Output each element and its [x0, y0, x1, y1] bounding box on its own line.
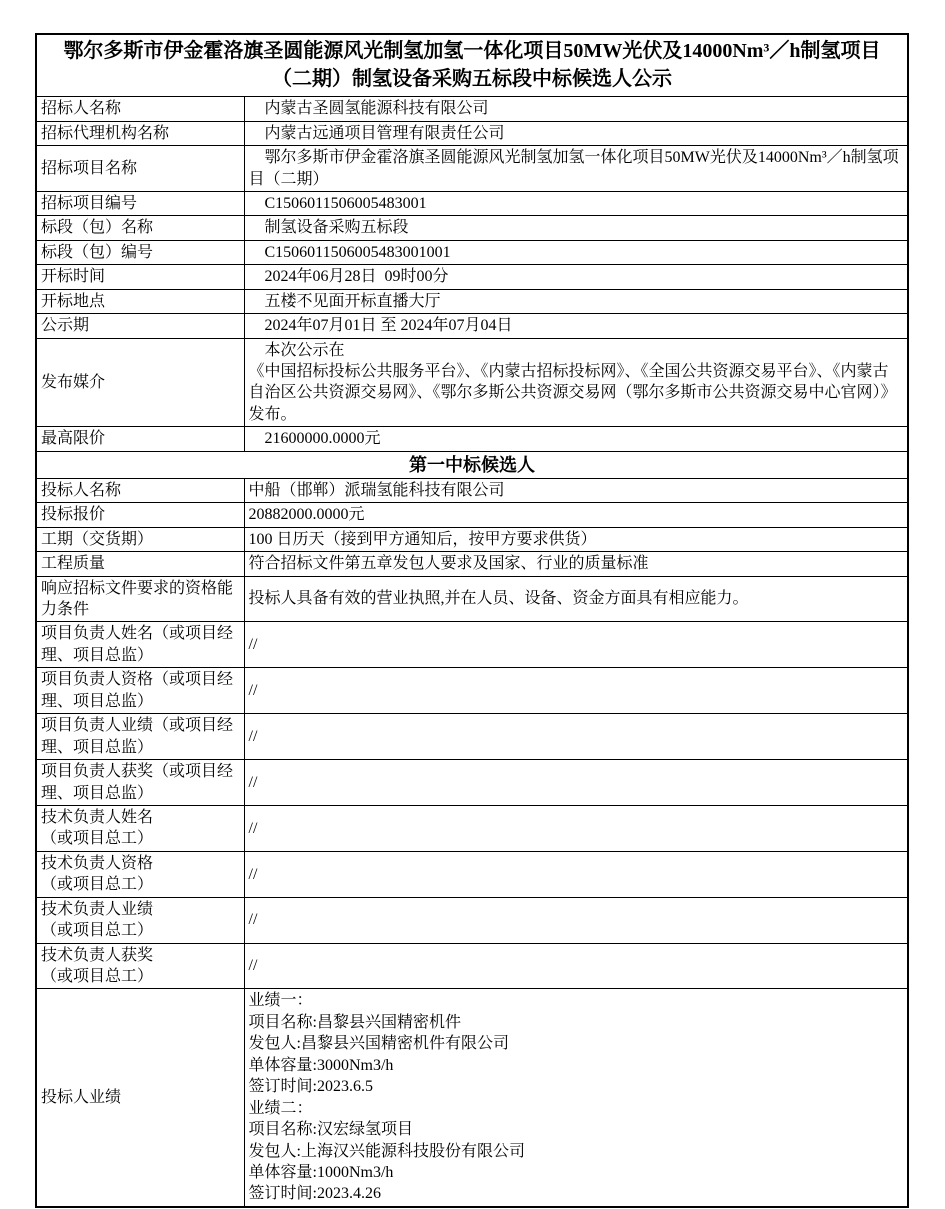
row-label: 技术负责人姓名 （或项目总工） — [36, 805, 244, 851]
row-value: 2024年06月28日 09时00分 — [244, 265, 908, 289]
row-label: 投标报价 — [36, 503, 244, 527]
row-label: 公示期 — [36, 314, 244, 338]
row-value: 鄂尔多斯市伊金霍洛旗圣圆能源风光制氢加氢一体化项目50MW光伏及14000Nm³… — [244, 146, 908, 192]
row-value: // — [244, 943, 908, 989]
info-section: 招标人名称 内蒙古圣圆氢能源科技有限公司招标代理机构名称 内蒙古远通项目管理有限… — [36, 97, 908, 452]
table-row: 项目负责人姓名（或项目经理、项目总监）// — [36, 622, 908, 668]
row-value: 五楼不见面开标直播大厅 — [244, 289, 908, 313]
row-label: 项目负责人业绩（或项目经理、项目总监） — [36, 714, 244, 760]
row-label: 技术负责人资格 （或项目总工） — [36, 851, 244, 897]
row-label: 招标项目名称 — [36, 146, 244, 192]
table-row: 招标人名称 内蒙古圣圆氢能源科技有限公司 — [36, 97, 908, 121]
row-label: 招标项目编号 — [36, 191, 244, 215]
table-row: 招标项目名称 鄂尔多斯市伊金霍洛旗圣圆能源风光制氢加氢一体化项目50MW光伏及1… — [36, 146, 908, 192]
row-value: 本次公示在 《中国招标投标公共服务平台》、《内蒙古招标投标网》、《全国公共资源交… — [244, 338, 908, 427]
row-label: 发布媒介 — [36, 338, 244, 427]
table-row: 技术负责人获奖 （或项目总工）// — [36, 943, 908, 989]
row-label: 招标人名称 — [36, 97, 244, 121]
row-label: 最高限价 — [36, 427, 244, 451]
table-row: 工期（交货期）100 日历天（接到甲方通知后，按甲方要求供货） — [36, 527, 908, 551]
table-row: 发布媒介 本次公示在 《中国招标投标公共服务平台》、《内蒙古招标投标网》、《全国… — [36, 338, 908, 427]
row-value: 内蒙古远通项目管理有限责任公司 — [244, 121, 908, 145]
row-value: 100 日历天（接到甲方通知后，按甲方要求供货） — [244, 527, 908, 551]
row-label: 招标代理机构名称 — [36, 121, 244, 145]
table-row: 标段（包）名称 制氢设备采购五标段 — [36, 216, 908, 240]
announcement-table: 鄂尔多斯市伊金霍洛旗圣圆能源风光制氢加氢一体化项目50MW光伏及14000Nm³… — [35, 33, 909, 1208]
row-label: 开标地点 — [36, 289, 244, 313]
table-row: 招标项目编号 C1506011506005483001 — [36, 191, 908, 215]
row-label: 工程质量 — [36, 552, 244, 576]
row-value: 中船（邯郸）派瑞氢能科技有限公司 — [244, 478, 908, 502]
row-label: 项目负责人资格（或项目经理、项目总监） — [36, 668, 244, 714]
table-row: 开标时间 2024年06月28日 09时00分 — [36, 265, 908, 289]
section-header-row: 第一中标候选人 — [36, 451, 908, 478]
row-value: 2024年07月01日 至 2024年07月04日 — [244, 314, 908, 338]
table-row: 技术负责人姓名 （或项目总工）// — [36, 805, 908, 851]
row-label: 开标时间 — [36, 265, 244, 289]
row-label: 响应招标文件要求的资格能力条件 — [36, 576, 244, 622]
row-value: // — [244, 622, 908, 668]
row-value: 20882000.0000元 — [244, 503, 908, 527]
table-row: 投标报价20882000.0000元 — [36, 503, 908, 527]
table-row: 投标人业绩业绩一： 项目名称:昌黎县兴国精密机件 发包人:昌黎县兴国精密机件有限… — [36, 989, 908, 1207]
row-label: 标段（包）名称 — [36, 216, 244, 240]
row-value: C1506011506005483001001 — [244, 240, 908, 264]
table-row: 技术负责人资格 （或项目总工）// — [36, 851, 908, 897]
row-value: // — [244, 897, 908, 943]
row-value: 制氢设备采购五标段 — [244, 216, 908, 240]
row-value: 符合招标文件第五章发包人要求及国家、行业的质量标准 — [244, 552, 908, 576]
row-label: 投标人业绩 — [36, 989, 244, 1207]
table-row: 公示期 2024年07月01日 至 2024年07月04日 — [36, 314, 908, 338]
table-row: 响应招标文件要求的资格能力条件投标人具备有效的营业执照,并在人员、设备、资金方面… — [36, 576, 908, 622]
row-label: 技术负责人业绩 （或项目总工） — [36, 897, 244, 943]
row-value: // — [244, 760, 908, 806]
table-row: 项目负责人获奖（或项目经理、项目总监）// — [36, 760, 908, 806]
row-value: 21600000.0000元 — [244, 427, 908, 451]
row-value: 投标人具备有效的营业执照,并在人员、设备、资金方面具有相应能力。 — [244, 576, 908, 622]
table-row: 工程质量符合招标文件第五章发包人要求及国家、行业的质量标准 — [36, 552, 908, 576]
table-row: 项目负责人业绩（或项目经理、项目总监）// — [36, 714, 908, 760]
page-title: 鄂尔多斯市伊金霍洛旗圣圆能源风光制氢加氢一体化项目50MW光伏及14000Nm³… — [36, 34, 908, 97]
row-label: 工期（交货期） — [36, 527, 244, 551]
row-value: // — [244, 805, 908, 851]
table-row: 技术负责人业绩 （或项目总工）// — [36, 897, 908, 943]
row-label: 技术负责人获奖 （或项目总工） — [36, 943, 244, 989]
row-value: 内蒙古圣圆氢能源科技有限公司 — [244, 97, 908, 121]
table-row: 投标人名称中船（邯郸）派瑞氢能科技有限公司 — [36, 478, 908, 502]
table-row: 标段（包）编号 C1506011506005483001001 — [36, 240, 908, 264]
title-row: 鄂尔多斯市伊金霍洛旗圣圆能源风光制氢加氢一体化项目50MW光伏及14000Nm³… — [36, 34, 908, 97]
row-label: 项目负责人姓名（或项目经理、项目总监） — [36, 622, 244, 668]
row-value: // — [244, 668, 908, 714]
candidate-section: 投标人名称中船（邯郸）派瑞氢能科技有限公司投标报价20882000.0000元工… — [36, 478, 908, 1207]
row-label: 投标人名称 — [36, 478, 244, 502]
table-row: 项目负责人资格（或项目经理、项目总监）// — [36, 668, 908, 714]
table-row: 招标代理机构名称 内蒙古远通项目管理有限责任公司 — [36, 121, 908, 145]
row-label: 标段（包）编号 — [36, 240, 244, 264]
row-label: 项目负责人获奖（或项目经理、项目总监） — [36, 760, 244, 806]
row-value: C1506011506005483001 — [244, 191, 908, 215]
table-row: 开标地点 五楼不见面开标直播大厅 — [36, 289, 908, 313]
row-value: // — [244, 714, 908, 760]
section-header: 第一中标候选人 — [36, 451, 908, 478]
announcement-document: 鄂尔多斯市伊金霍洛旗圣圆能源风光制氢加氢一体化项目50MW光伏及14000Nm³… — [35, 33, 909, 1208]
row-value: // — [244, 851, 908, 897]
row-value: 业绩一： 项目名称:昌黎县兴国精密机件 发包人:昌黎县兴国精密机件有限公司 单体… — [244, 989, 908, 1207]
table-row: 最高限价 21600000.0000元 — [36, 427, 908, 451]
